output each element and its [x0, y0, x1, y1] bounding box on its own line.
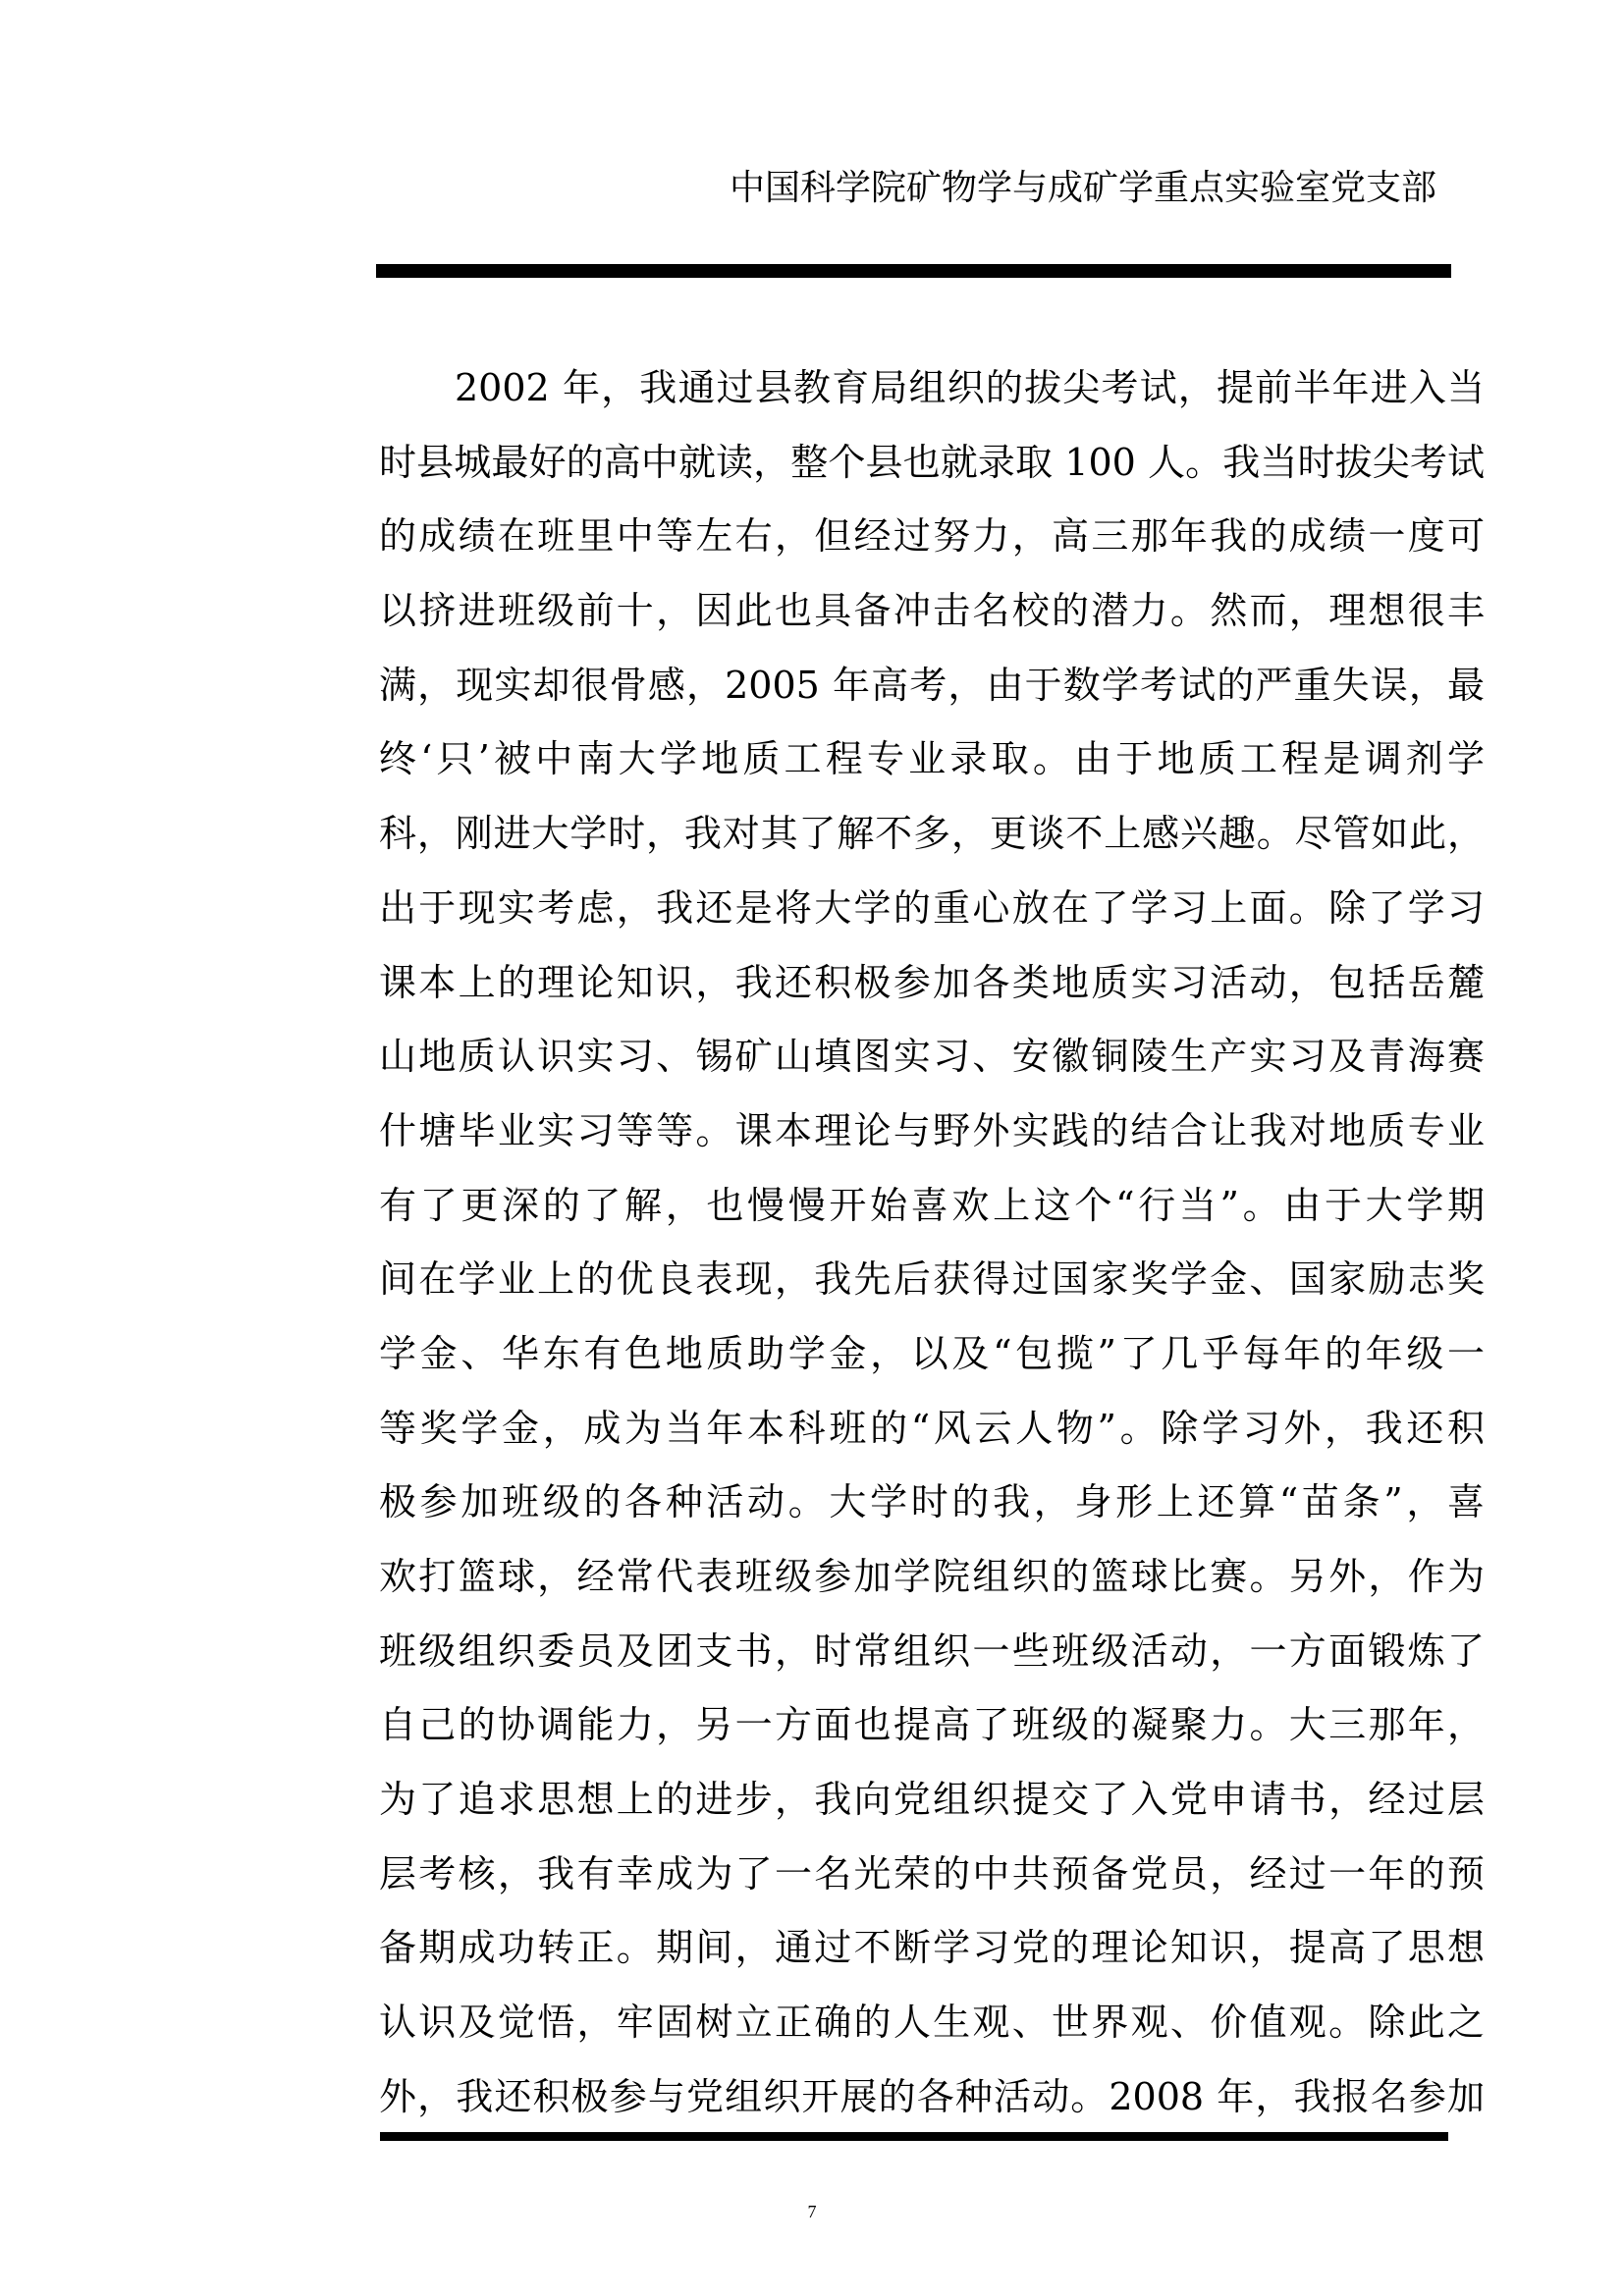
text-line: 有了更深的了解，也慢慢开始喜欢上这个“行当”。由于大学期 [379, 1176, 1485, 1251]
page-header-title: 中国科学院矿物学与成矿学重点实验室党支部 [376, 163, 1436, 214]
body-paragraph: 2002 年，我通过县教育局组织的拔尖考试，提前半年进入当 时县城最好的高中就读… [379, 358, 1485, 2142]
text-line: 间在学业上的优良表现，我先后获得过国家奖学金、国家励志奖 [379, 1250, 1485, 1324]
text-line: 等奖学金，成为当年本科班的“风云人物”。除学习外，我还积 [379, 1399, 1485, 1473]
text-line: 出于现实考虑，我还是将大学的重心放在了学习上面。除了学习 [379, 879, 1485, 953]
text-line: 自己的协调能力，另一方面也提高了班级的凝聚力。大三那年， [379, 1695, 1485, 1770]
text-line: 山地质认识实习、锡矿山填图实习、安徽铜陵生产实习及青海赛 [379, 1027, 1485, 1101]
text-line: 时县城最好的高中就读，整个县也就录取 100 人。我当时拔尖考试 [379, 433, 1485, 507]
text-line: 备期成功转正。期间，通过不断学习党的理论知识，提高了思想 [379, 1918, 1485, 1993]
text-line: 满，现实却很骨感，2005 年高考，由于数学考试的严重失误，最 [379, 656, 1485, 730]
text-line: 的成绩在班里中等左右，但经过努力，高三那年我的成绩一度可 [379, 507, 1485, 581]
text-line: 课本上的理论知识，我还积极参加各类地质实习活动，包括岳麓 [379, 953, 1485, 1028]
page-number: 7 [0, 2197, 1624, 2226]
text-line: 欢打篮球，经常代表班级参加学院组织的篮球比赛。另外，作为 [379, 1547, 1485, 1622]
text-line: 终‘只’被中南大学地质工程专业录取。由于地质工程是调剂学 [379, 729, 1485, 804]
text-line: 为了追求思想上的进步，我向党组织提交了入党申请书，经过层 [379, 1770, 1485, 1844]
text-line: 外，我还积极参与党组织开展的各种活动。2008 年，我报名参加 [379, 2067, 1485, 2142]
text-line: 班级组织委员及团支书，时常组织一些班级活动，一方面锻炼了 [379, 1622, 1485, 1696]
text-line: 学金、华东有色地质助学金，以及“包揽”了几乎每年的年级一 [379, 1324, 1485, 1399]
text-line: 极参加班级的各种活动。大学时的我，身形上还算“苗条”，喜 [379, 1472, 1485, 1547]
text-line: 认识及觉悟，牢固树立正确的人生观、世界观、价值观。除此之 [379, 1993, 1485, 2067]
text-line: 什塘毕业实习等等。课本理论与野外实践的结合让我对地质专业 [379, 1101, 1485, 1176]
text-line: 科，刚进大学时，我对其了解不多，更谈不上感兴趣。尽管如此， [379, 804, 1485, 879]
text-line: 层考核，我有幸成为了一名光荣的中共预备党员，经过一年的预 [379, 1844, 1485, 1919]
footer-rule [380, 2132, 1448, 2141]
header-rule [376, 264, 1451, 278]
text-line: 以挤进班级前十，因此也具备冲击名校的潜力。然而，理想很丰 [379, 581, 1485, 656]
text-line: 2002 年，我通过县教育局组织的拔尖考试，提前半年进入当 [379, 358, 1485, 433]
